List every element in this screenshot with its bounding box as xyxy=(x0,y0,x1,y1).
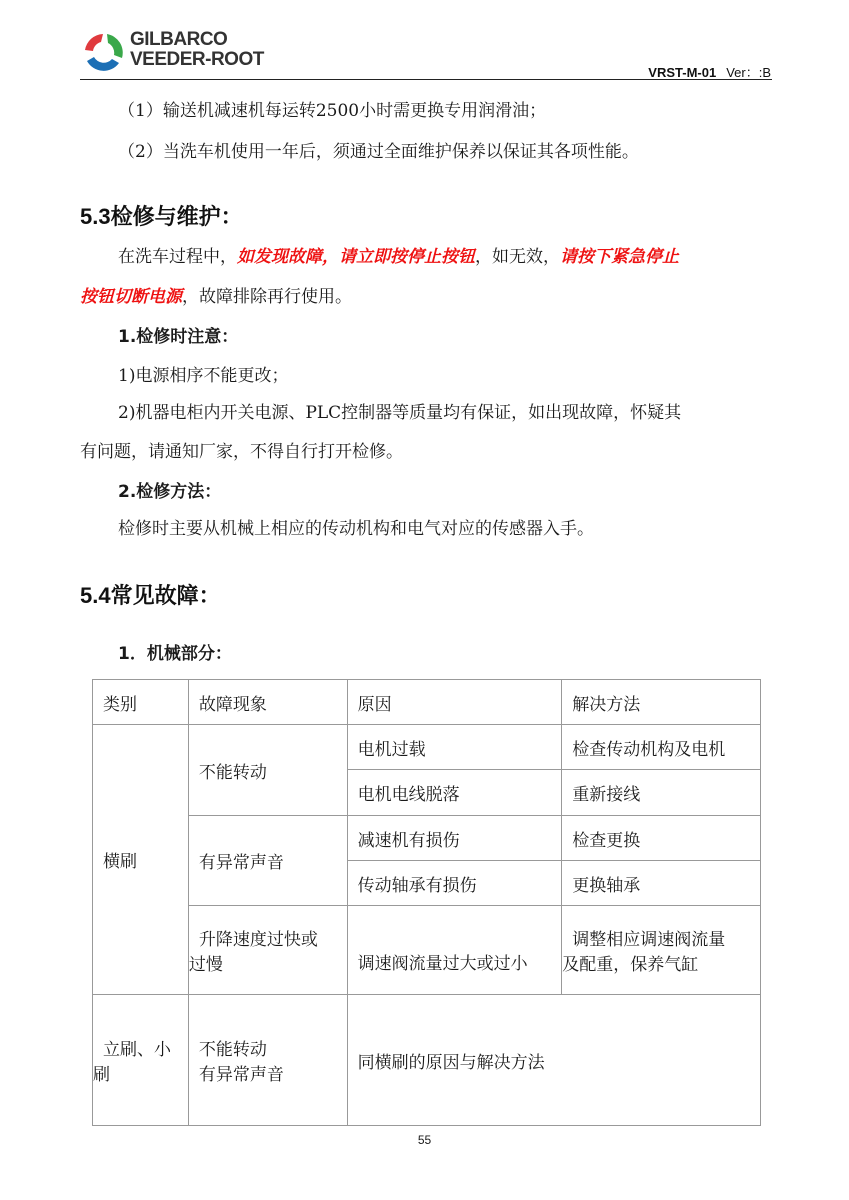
section-5-3-heading: 5.3检修与维护： xyxy=(80,200,243,231)
text: 在洗车过程中， xyxy=(118,247,237,267)
warning-para-line2: 按钮切断电源，故障排除再行使用。 xyxy=(80,287,352,307)
table-row: 横刷 不能转动 电机过载 检查传动机构及电机 xyxy=(93,725,761,770)
doc-number: VRST-M-01 xyxy=(648,65,716,80)
symptom-line2: 有异常声音 xyxy=(199,1060,347,1085)
header-symptom: 故障现象 xyxy=(188,680,347,725)
section-title: 常见故障： xyxy=(111,584,221,609)
header-cause: 原因 xyxy=(347,680,562,725)
logo-line1: GILBARCO xyxy=(130,30,264,50)
page-number: 55 xyxy=(0,1133,849,1147)
category-cell: 横刷 xyxy=(93,725,189,995)
solution-cell: 检查传动机构及电机 xyxy=(562,725,761,770)
symptom-cell: 不能转动 有异常声音 xyxy=(188,995,347,1126)
intro-item-2: （2）当洗车机使用一年后，须通过全面维护保养以保证其各项性能。 xyxy=(118,142,639,162)
category-line1: 立刷、小 xyxy=(93,1035,188,1060)
table-row: 立刷、小 刷 不能转动 有异常声音 同横刷的原因与解决方法 xyxy=(93,995,761,1126)
cause-cell: 电机电线脱落 xyxy=(347,770,562,816)
merged-cause-solution-cell: 同横刷的原因与解决方法 xyxy=(347,995,760,1126)
method-text: 检修时主要从机械上相应的传动机构和电气对应的传感器入手。 xyxy=(118,519,594,539)
table-row: 升降速度过快或 过慢 调速阀流量过大或过小 调整相应调速阀流量 及配重，保养气缸 xyxy=(93,906,761,995)
solution-line1: 调整相应调速阀流量 xyxy=(562,925,760,950)
solution-cell: 重新接线 xyxy=(562,770,761,816)
table-row: 有异常声音 减速机有损伤 检查更换 xyxy=(93,816,761,861)
fault-table: 类别 故障现象 原因 解决方法 横刷 不能转动 电机过载 检查传动机构及电机 电… xyxy=(92,679,761,1126)
logo-mark-icon xyxy=(80,30,126,76)
cause-cell: 电机过载 xyxy=(347,725,562,770)
section-number: 5.3 xyxy=(80,204,111,229)
header-solution: 解决方法 xyxy=(562,680,761,725)
note-2-line2: 有问题，请通知厂家，不得自行打开检修。 xyxy=(80,442,403,462)
mechanical-subheading: 1．机械部分： xyxy=(118,644,232,664)
warning-emphasis: 如发现故障，请立即按停止按钮 xyxy=(237,247,475,267)
logo-line2: VEEDER-ROOT xyxy=(130,50,264,70)
table-header-row: 类别 故障现象 原因 解决方法 xyxy=(93,680,761,725)
text: ，故障排除再行使用。 xyxy=(182,287,352,307)
header-divider xyxy=(80,79,772,80)
logo-wordmark: GILBARCO VEEDER-ROOT xyxy=(130,30,264,70)
category-cell: 立刷、小 刷 xyxy=(93,995,189,1126)
solution-cell: 调整相应调速阀流量 及配重，保养气缸 xyxy=(562,906,761,995)
intro-item-1: （1）输送机减速机每运转2500小时需更换专用润滑油； xyxy=(118,101,546,121)
text: ，如无效， xyxy=(475,247,560,267)
symptom-line2: 过慢 xyxy=(189,950,347,975)
symptom-cell: 升降速度过快或 过慢 xyxy=(188,906,347,995)
symptom-cell: 有异常声音 xyxy=(188,816,347,906)
method-subheading: 2.检修方法： xyxy=(118,482,221,502)
section-title: 检修与维护： xyxy=(111,205,243,230)
section-number: 5.4 xyxy=(80,583,111,608)
symptom-line1: 不能转动 xyxy=(199,1035,347,1060)
warning-para-line1: 在洗车过程中，如发现故障，请立即按停止按钮，如无效，请按下紧急停止 xyxy=(118,247,679,267)
company-logo: GILBARCO VEEDER-ROOT xyxy=(80,28,280,80)
section-5-4-heading: 5.4常见故障： xyxy=(80,579,221,610)
note-1: 1)电源相序不能更改； xyxy=(118,366,288,386)
category-line2: 刷 xyxy=(93,1060,188,1085)
note-2-line1: 2)机器电柜内开关电源、PLC控制器等质量均有保证，如出现故障，怀疑其 xyxy=(118,403,681,423)
solution-cell: 检查更换 xyxy=(562,816,761,861)
cause-cell: 传动轴承有损伤 xyxy=(347,861,562,906)
symptom-line1: 升降速度过快或 xyxy=(189,925,347,950)
header-category: 类别 xyxy=(93,680,189,725)
notes-subheading: 1.检修时注意： xyxy=(118,327,238,347)
warning-emphasis: 请按下紧急停止 xyxy=(560,247,679,267)
symptom-cell: 不能转动 xyxy=(188,725,347,816)
doc-version: Ver：:B xyxy=(726,65,771,80)
solution-cell: 更换轴承 xyxy=(562,861,761,906)
cause-cell: 减速机有损伤 xyxy=(347,816,562,861)
cause-cell: 调速阀流量过大或过小 xyxy=(347,906,562,995)
solution-line2: 及配重，保养气缸 xyxy=(562,950,760,975)
warning-emphasis: 按钮切断电源 xyxy=(80,287,182,307)
